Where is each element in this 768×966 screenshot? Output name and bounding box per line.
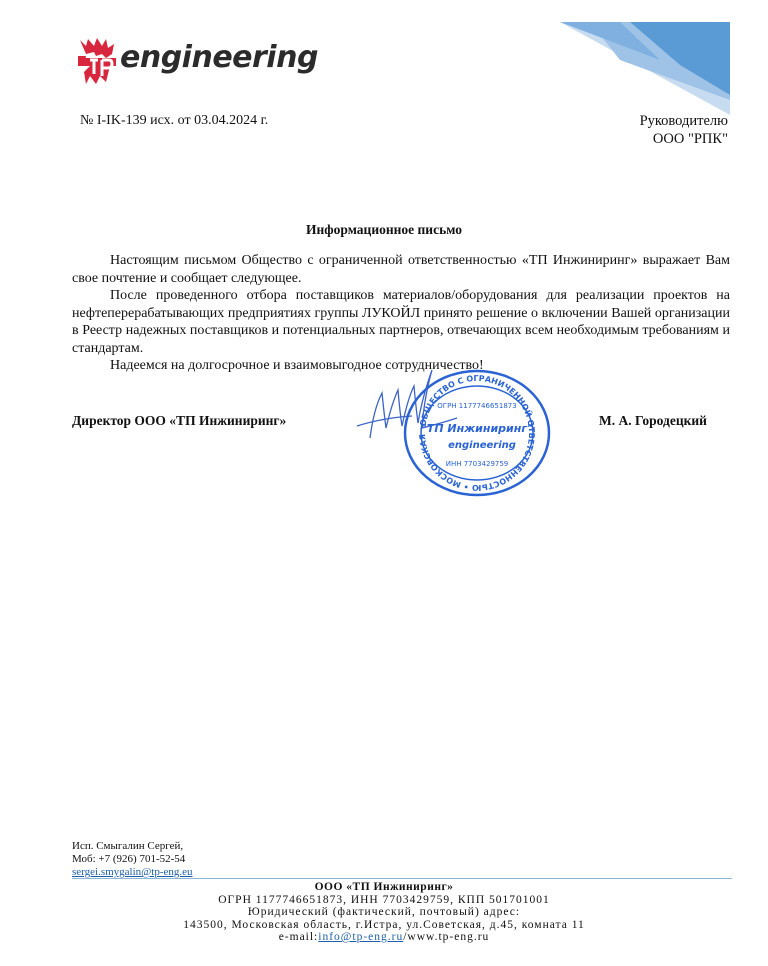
company-stamp: ОБЩЕСТВО С ОГРАНИЧЕННОЙ ОТВЕТСТВЕННОСТЬЮ… xyxy=(402,368,552,498)
letter-title: Информационное письмо xyxy=(0,222,768,238)
logo-wordmark: engineering xyxy=(120,40,318,75)
outgoing-reference: № I-IK-139 исх. от 03.04.2024 г. xyxy=(80,113,268,129)
tp-flame-logo-icon xyxy=(76,36,120,86)
corner-decoration xyxy=(560,20,730,115)
company-logo: engineering xyxy=(76,36,276,86)
svg-text:"ТП Инжиниринг": "ТП Инжиниринг" xyxy=(421,422,533,435)
recipient-block: Руководителю ООО "РПК" xyxy=(640,112,728,148)
footer: ООО «ТП Инжиниринг» ОГРН 1177746651873, … xyxy=(0,881,768,944)
svg-text:ОГРН 1177746651873: ОГРН 1177746651873 xyxy=(437,402,516,410)
executor-contact: Исп. Смыгалин Сергей, Моб: +7 (926) 701-… xyxy=(72,840,193,879)
footer-address-label: Юридический (фактический, почтовый) адре… xyxy=(0,906,768,919)
letter-body: Настоящим письмом Общество с ограниченно… xyxy=(72,252,730,375)
footer-website[interactable]: /www.tp-eng.ru xyxy=(403,931,489,943)
paragraph: После проведенного отбора поставщиков ма… xyxy=(72,287,730,357)
svg-text:ИНН 7703429759: ИНН 7703429759 xyxy=(446,460,509,468)
executor-email-link[interactable]: sergei.smygalin@tp-eng.eu xyxy=(72,866,193,878)
executor-phone: Моб: +7 (926) 701-52-54 xyxy=(72,853,193,866)
executor-name: Исп. Смыгалин Сергей, xyxy=(72,840,193,853)
footer-company: ООО «ТП Инжиниринг» xyxy=(0,881,768,894)
recipient-company: ООО "РПК" xyxy=(640,130,728,148)
footer-registration: ОГРН 1177746651873, ИНН 7703429759, КПП … xyxy=(0,894,768,907)
footer-email-link[interactable]: info@tp-eng.ru xyxy=(318,931,403,943)
footer-divider xyxy=(72,878,732,879)
footer-web: e-mail:info@tp-eng.ru/www.tp-eng.ru xyxy=(0,931,768,944)
email-prefix: e-mail: xyxy=(279,931,319,943)
signatory-name: М. А. Городецкий xyxy=(599,413,707,429)
signatory-position: Директор ООО «ТП Инжиниринг» xyxy=(72,413,286,429)
paragraph: Настоящим письмом Общество с ограниченно… xyxy=(72,252,730,287)
recipient-title: Руководителю xyxy=(640,112,728,130)
footer-address: 143500, Московская область, г.Истра, ул.… xyxy=(0,919,768,932)
svg-text:engineering: engineering xyxy=(448,440,516,451)
